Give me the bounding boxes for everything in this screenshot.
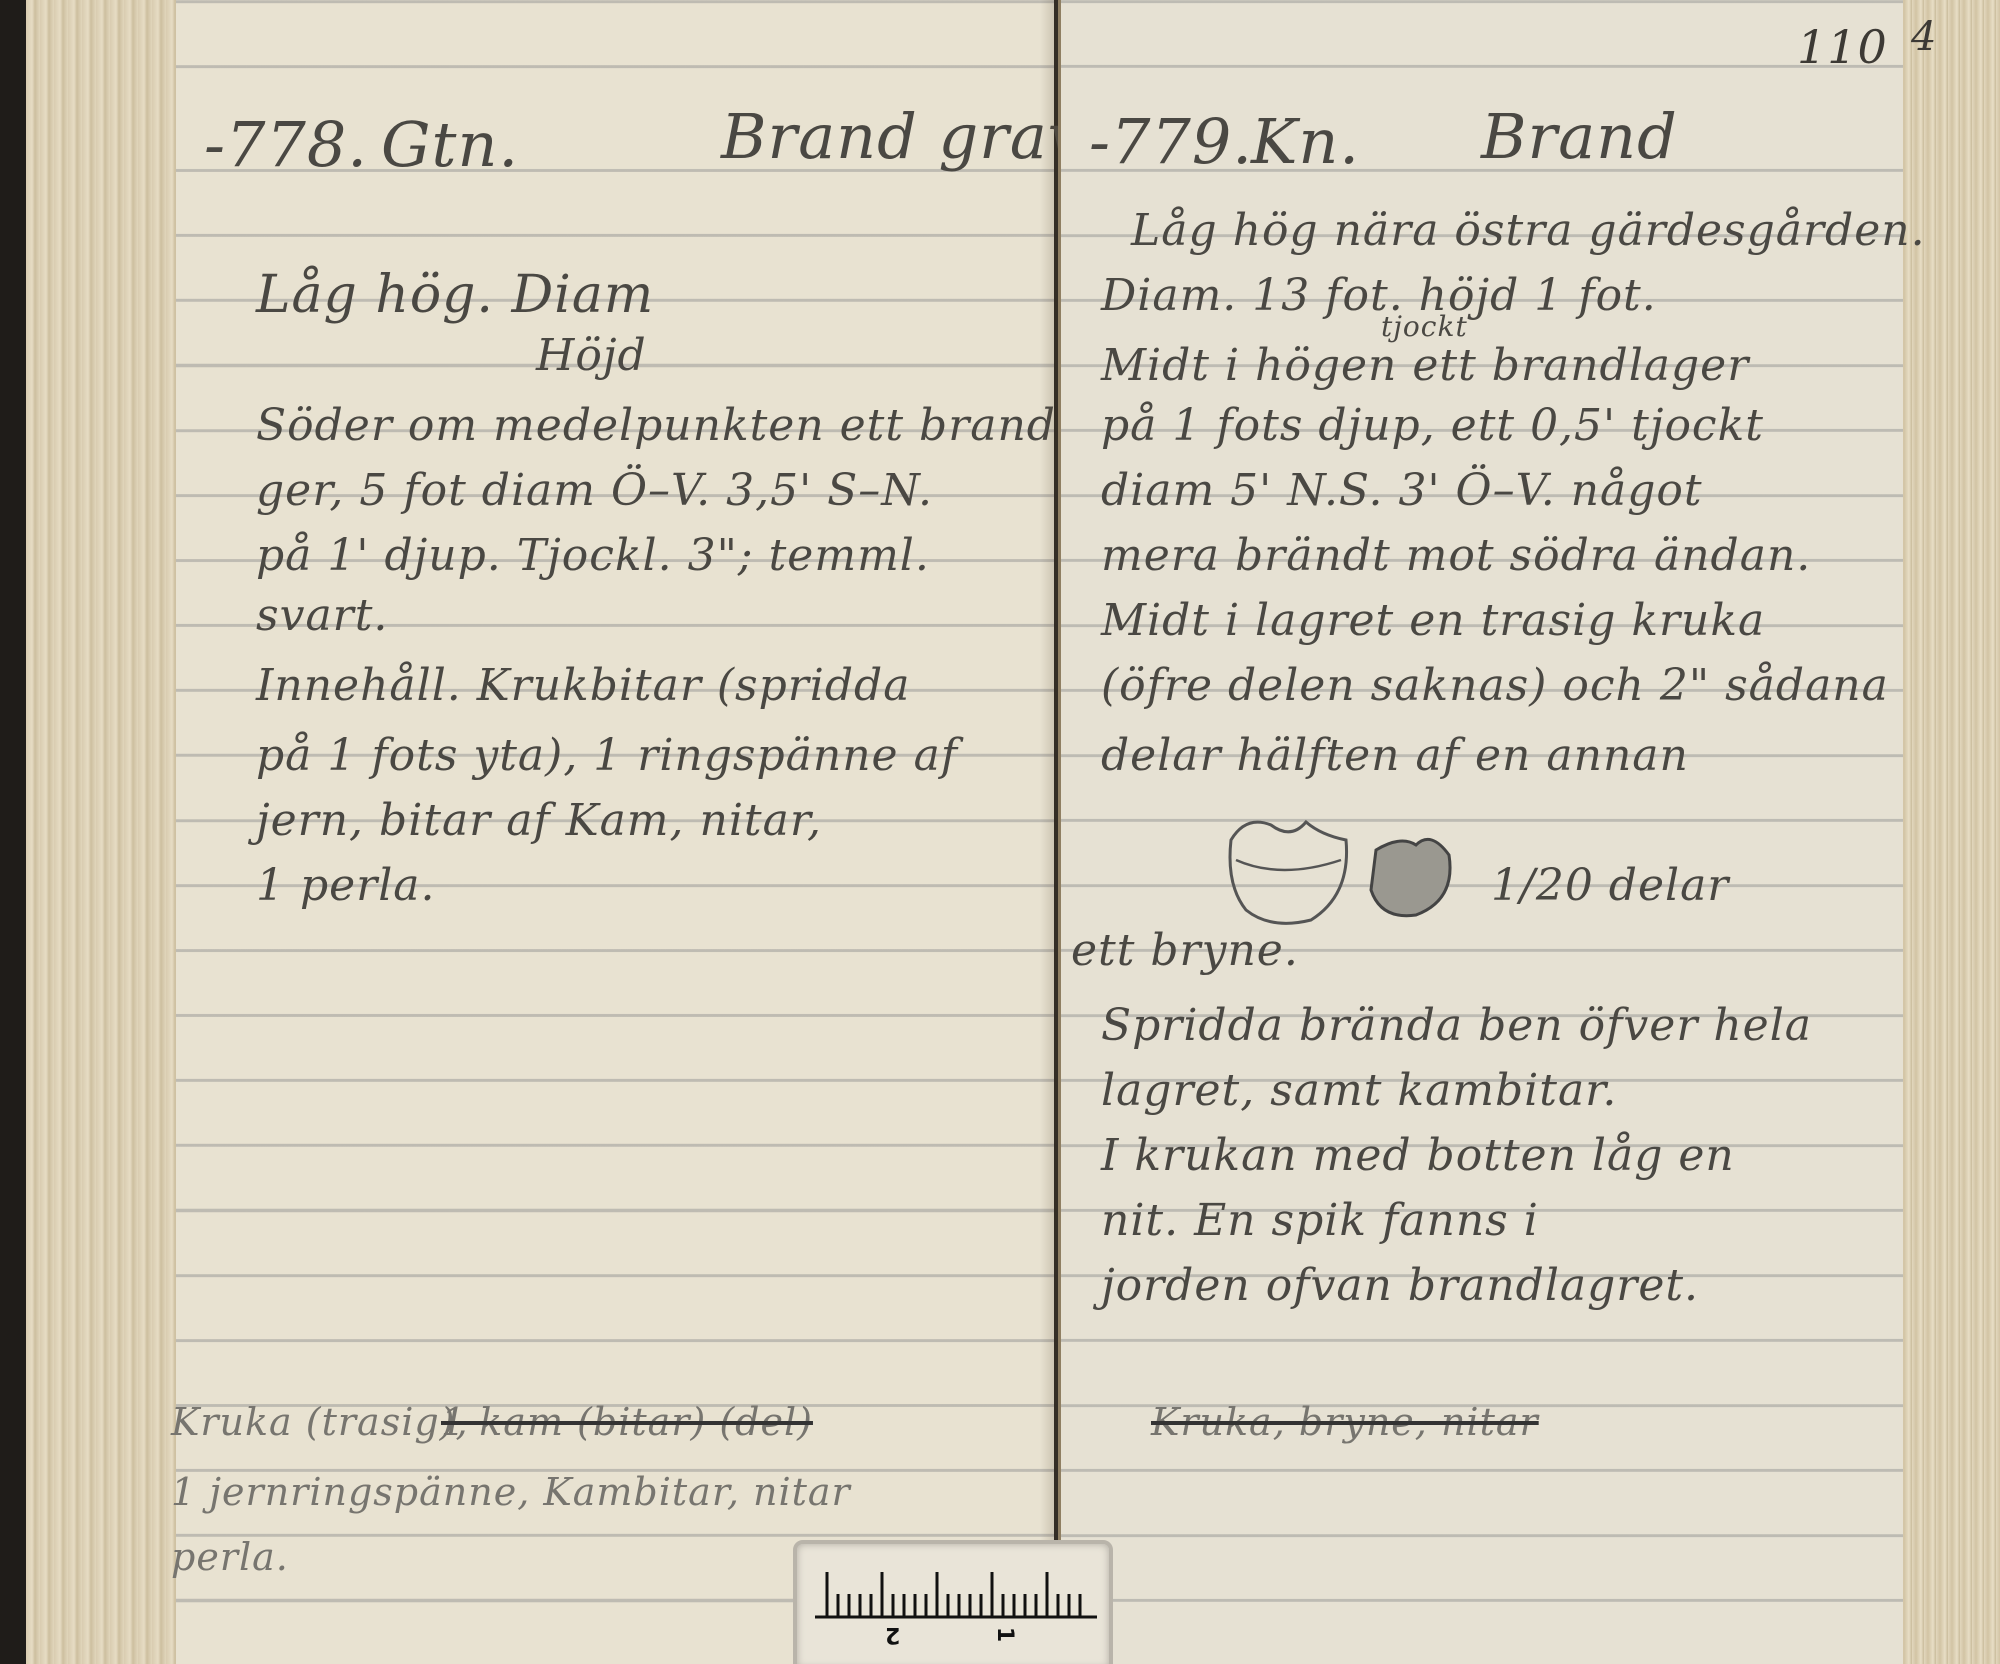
- text-line: på 1 fots djup, ett 0,5' tjockt: [1101, 400, 1764, 451]
- page-number-secondary: 4: [1911, 14, 1937, 60]
- right-page: 110 4 -779. Kn. Brand Låg hög nära östra…: [1058, 0, 1903, 1664]
- page-number: 110: [1797, 20, 1888, 74]
- ruler-label: 2: [885, 1622, 900, 1647]
- text-line: Innehåll. Krukbitar (spridda: [256, 660, 910, 711]
- text-line: ger, 5 fot diam Ö–V. 3,5' S–N.: [256, 465, 933, 516]
- text-line: jern, bitar af Kam, nitar,: [256, 795, 822, 846]
- text-line: 1/20 delar: [1491, 860, 1729, 911]
- left-page: -778. Gtn. Brand grav Låg hög. Diam Höjd…: [176, 0, 1054, 1664]
- pottery-sketch-icon: [1211, 800, 1471, 940]
- text-line: diam 5' N.S. 3' Ö–V. något: [1101, 465, 1703, 516]
- text-line: lagret, samt kambitar.: [1101, 1065, 1617, 1116]
- text-line: Spridda brända ben öfver hela: [1101, 1000, 1812, 1051]
- text-line: I krukan med botten låg en: [1101, 1130, 1735, 1181]
- text-line: Midt i högen ett brandlager: [1101, 340, 1749, 391]
- entry-type: Brand: [1481, 100, 1678, 173]
- text-line: mera brändt mot södra ändan.: [1101, 530, 1811, 581]
- scale-ruler: 2 1: [793, 1540, 1113, 1664]
- text-line: (öfre delen saknas) och 2" sådana: [1101, 660, 1889, 711]
- text-line: jorden ofvan brandlagret.: [1101, 1260, 1699, 1311]
- text-line: ett bryne.: [1071, 925, 1299, 976]
- insertion-above: tjockt: [1381, 310, 1468, 343]
- text-line: Låg hög. Diam: [256, 265, 654, 325]
- ruler-label: 1: [992, 1627, 1017, 1642]
- text-line: Söder om medelpunkten ett brandla-: [256, 400, 1114, 451]
- entry-place: Kn.: [1251, 105, 1360, 178]
- text-line: Höjd: [536, 330, 647, 381]
- text-line: 1 perla.: [256, 860, 436, 911]
- text-line: Midt i lagret en trasig kruka: [1101, 595, 1765, 646]
- entry-number: -778.: [204, 108, 368, 181]
- summary-struck: 1 kam (bitar) (del): [441, 1400, 813, 1444]
- text-line: på 1' djup. Tjockl. 3"; temml.: [256, 530, 930, 581]
- entry-number: -779.: [1089, 105, 1253, 178]
- entry-place: Gtn.: [381, 108, 519, 181]
- text-line: nit. En spik fanns i: [1101, 1195, 1539, 1246]
- page-stack-left: [26, 0, 176, 1664]
- text-line: svart.: [256, 590, 388, 641]
- text-line: Låg hög nära östra gärdesgården.: [1131, 205, 1926, 256]
- entry-type: Brand grav: [721, 100, 1084, 173]
- summary-line: Kruka (trasig),: [171, 1400, 469, 1444]
- summary-line: 1 jernringspänne, Kambitar, nitar: [171, 1470, 851, 1514]
- notebook-cover-edge: [0, 0, 26, 1664]
- ruler-ticks-icon: [797, 1552, 1109, 1632]
- text-line: Diam. 13 fot. höjd 1 fot.: [1101, 270, 1657, 321]
- summary-struck: Kruka, bryne, nitar: [1151, 1400, 1539, 1444]
- text-line: på 1 fots yta), 1 ringspänne af: [256, 730, 958, 781]
- text-line: delar hälften af en annan: [1101, 730, 1689, 781]
- summary-line: perla.: [171, 1535, 289, 1579]
